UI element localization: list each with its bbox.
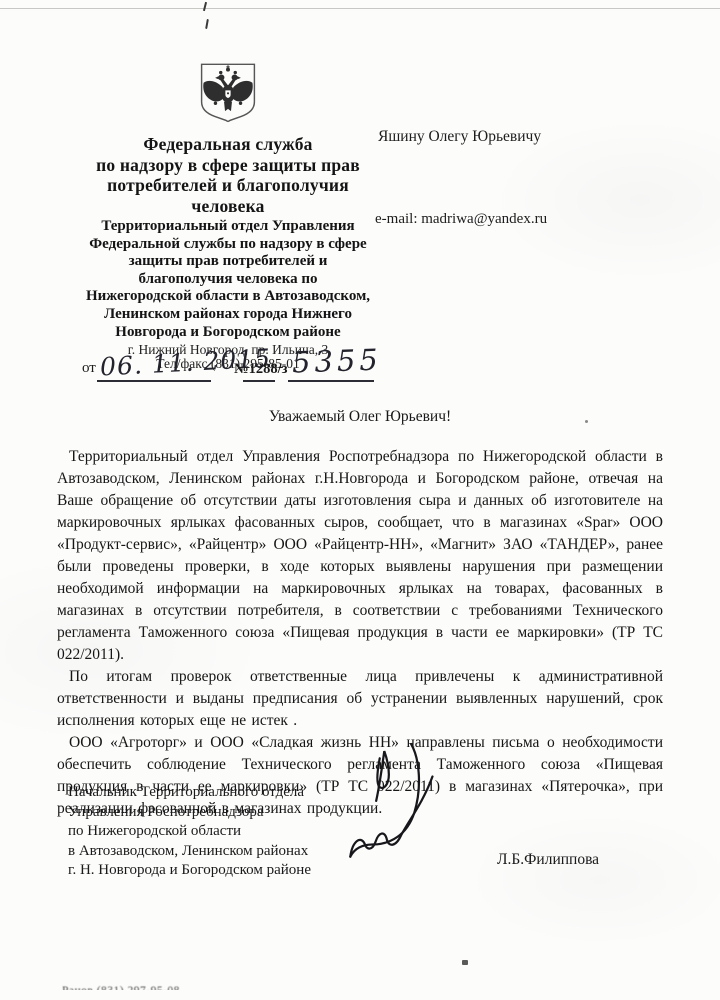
recipient-name: Яшину Олегу Юрьевичу [378, 128, 541, 146]
footer-contact-clipped: Ранов (831) 297-95-08 [62, 981, 282, 990]
handwritten-number: 5355 [291, 342, 382, 379]
scanned-letter-page: { "colors": { "paper": "#fcfcfb", "ink":… [0, 0, 720, 1000]
signatory-title: Начальник Территориального отдела Управл… [68, 783, 311, 881]
footer-contact-text: Ранов (831) 297-95-08 [62, 985, 180, 990]
from-label: от [82, 360, 96, 377]
department-name: Территориальный отдел Управления Федерал… [50, 218, 406, 341]
letterhead: Федеральная служба по надзору в сфере за… [50, 60, 406, 371]
date-underline [97, 380, 211, 382]
body-paragraph-1: Территориальный отдел Управления Роспотр… [57, 446, 663, 666]
signature-icon [338, 738, 460, 880]
number-dash: - [278, 358, 283, 376]
number-underline [243, 380, 275, 382]
signatory-name: Л.Б.Филиппова [497, 851, 599, 869]
scan-artifact-top-line [0, 8, 720, 9]
agency-name: Федеральная служба по надзору в сфере за… [50, 134, 406, 216]
handwritten-number-underline [288, 380, 374, 382]
reference-line: от 06. 11. 2015 №1288/з - 5355 [0, 352, 720, 392]
scan-artifact-mark [205, 19, 209, 29]
scan-artifact-dot [462, 960, 468, 965]
scan-artifact-mark [203, 2, 207, 11]
body-paragraph-2: По итогам проверок ответственные лица пр… [57, 666, 663, 732]
recipient-email: e-mail: madriwa@yandex.ru [375, 211, 547, 228]
salutation: Уважаемый Олег Юрьевич! [57, 408, 663, 426]
coat-of-arms-icon [195, 60, 261, 128]
